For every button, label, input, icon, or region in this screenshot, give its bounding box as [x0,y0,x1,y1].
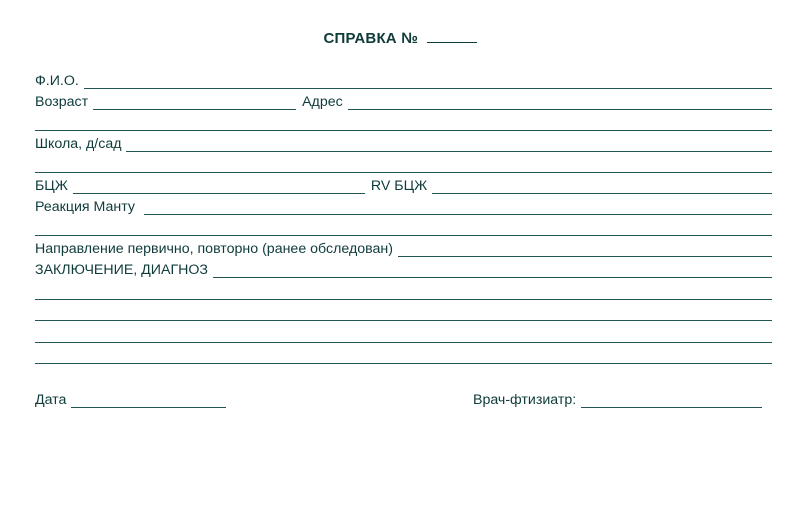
referral-row: Направление первично, повторно (ранее об… [35,236,772,257]
address-label: Адрес [296,95,348,110]
school-field-continued[interactable] [35,158,772,173]
date-field[interactable] [71,393,226,408]
conclusion-field-line[interactable] [35,349,772,364]
fio-field[interactable] [84,74,772,89]
conclusion-field-line[interactable] [35,306,772,321]
conclusion-line-2 [35,300,772,321]
age-label: Возраст [35,95,93,110]
mantoux-label: Реакция Манту [35,200,144,215]
school-row: Школа, д/сад [35,131,772,152]
address-field[interactable] [348,95,772,110]
school-label: Школа, д/сад [35,137,126,152]
date-block: Дата [35,388,226,408]
certificate-number-field[interactable] [427,30,477,43]
mantoux-continued-row [35,215,772,236]
mantoux-field[interactable] [144,200,772,215]
title-text: СПРАВКА № [323,30,418,47]
age-address-row: Возраст Адрес [35,89,772,110]
school-field[interactable] [126,137,772,152]
fio-label: Ф.И.О. [35,74,84,89]
conclusion-field-line[interactable] [35,285,772,300]
document-title: СПРАВКА № [0,30,800,47]
age-field[interactable] [93,95,296,110]
doctor-block: Врач-фтизиатр: [473,388,762,408]
conclusion-line-4 [35,343,772,364]
address-continued-row [35,110,772,131]
rv-bcg-field[interactable] [432,179,772,194]
conclusion-label: ЗАКЛЮЧЕНИЕ, ДИАГНОЗ [35,263,213,278]
school-continued-row [35,152,772,173]
rv-bcg-label: RV БЦЖ [365,179,432,194]
bcg-row: БЦЖ RV БЦЖ [35,173,772,194]
fio-row: Ф.И.О. [35,68,772,89]
bcg-field[interactable] [73,179,365,194]
conclusion-line-3 [35,322,772,343]
conclusion-field[interactable] [213,263,772,278]
mantoux-row: Реакция Манту [35,194,772,215]
referral-label: Направление первично, повторно (ранее об… [35,242,398,257]
doctor-label: Врач-фтизиатр: [473,393,581,408]
date-label: Дата [35,393,71,408]
mantoux-field-continued[interactable] [35,221,772,236]
doctor-signature-field[interactable] [581,393,762,408]
bcg-label: БЦЖ [35,179,73,194]
conclusion-line-1 [35,279,772,300]
referral-field[interactable] [398,242,772,257]
conclusion-field-line[interactable] [35,328,772,343]
address-field-continued[interactable] [35,116,772,131]
conclusion-row: ЗАКЛЮЧЕНИЕ, ДИАГНОЗ [35,257,772,278]
